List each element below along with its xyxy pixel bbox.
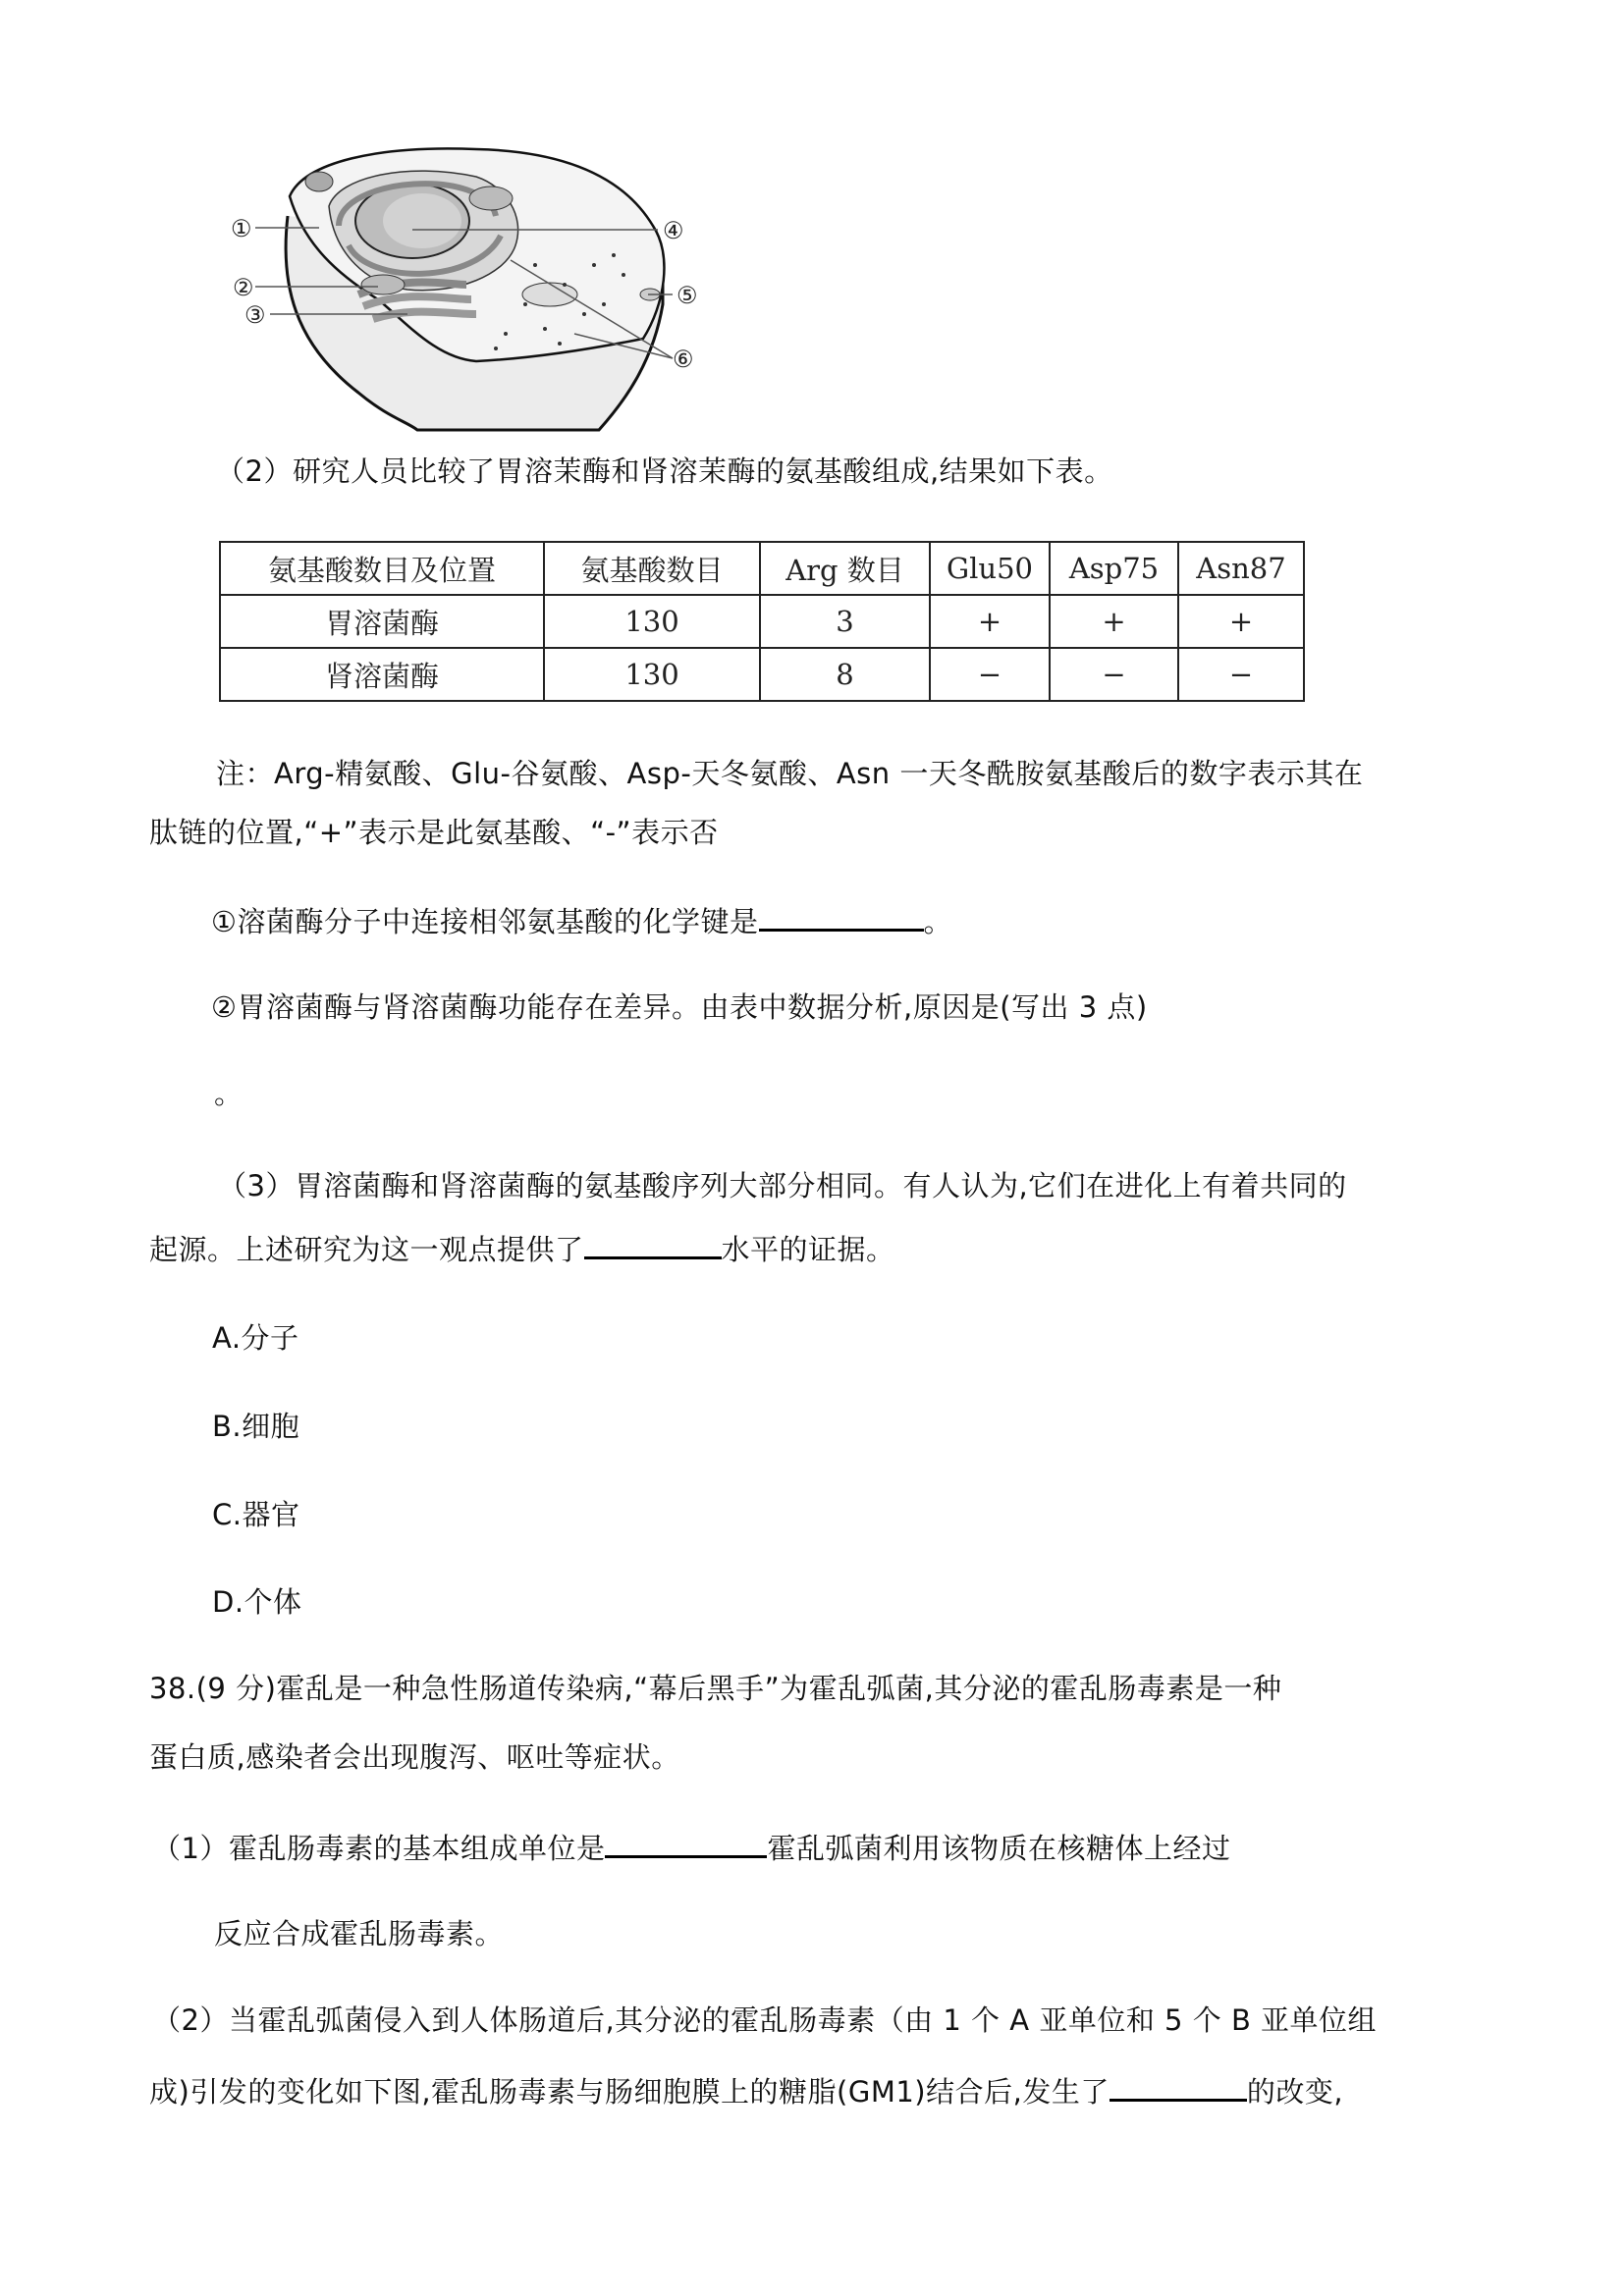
table-row: 肾溶菌酶 130 8 − − − <box>220 648 1304 701</box>
label-4: ④ <box>663 217 684 244</box>
label-1: ① <box>231 215 252 242</box>
table-header-row: 氨基酸数目及位置 氨基酸数目 Arg 数目 Glu50 Asp75 Asn87 <box>220 542 1304 595</box>
cell-illustration-icon: ① ② ③ ④ ⑤ ⑥ <box>211 137 741 432</box>
option-a[interactable]: A.分子 <box>212 1320 299 1356</box>
table-note-line1: 注：Arg-精氨酸、Glu-谷氨酸、Asp-天冬氨酸、Asn 一天冬酰胺氨基酸后… <box>216 756 1363 791</box>
question-38-2-line1: （2）当霍乱弧菌侵入到人体肠道后,其分泌的霍乱肠毒素（由 1 个 A 亚单位和 … <box>152 2002 1377 2038</box>
question-text: （1）霍乱肠毒素的基本组成单位是 <box>152 1832 605 1865</box>
table-header: 氨基酸数目及位置 <box>220 542 544 595</box>
table-cell: 胃溶菌酶 <box>220 595 544 648</box>
question-38-1: （1）霍乱肠毒素的基本组成单位是霍乱弧菌利用该物质在核糖体上经过 <box>152 1828 1230 1866</box>
label-5: ⑤ <box>677 282 698 309</box>
table-header: Asp75 <box>1050 542 1178 595</box>
option-d[interactable]: D.个体 <box>212 1584 302 1620</box>
table-header: Glu50 <box>930 542 1050 595</box>
animal-cell-diagram: ① ② ③ ④ ⑤ ⑥ <box>211 137 741 432</box>
label-6: ⑥ <box>673 346 694 373</box>
table-cell: + <box>1178 595 1304 648</box>
table-cell: − <box>930 648 1050 701</box>
question-38-line1: 38.(9 分)霍乱是一种急性肠道传染病,“幕后黑手”为霍乱弧菌,其分泌的霍乱肠… <box>149 1671 1281 1706</box>
question-38-line2: 蛋白质,感染者会出现腹泻、呕吐等症状。 <box>149 1739 680 1775</box>
question-text: 的改变, <box>1247 2075 1343 2109</box>
table-row: 胃溶菌酶 130 3 + + + <box>220 595 1304 648</box>
table-cell: 130 <box>544 648 760 701</box>
table-cell: 130 <box>544 595 760 648</box>
table-cell: 肾溶菌酶 <box>220 648 544 701</box>
question-text: ①溶菌酶分子中连接相邻氨基酸的化学键是 <box>211 905 759 938</box>
table-cell: − <box>1178 648 1304 701</box>
q2-intro: （2）研究人员比较了胃溶茉酶和肾溶茉酶的氨基酸组成,结果如下表。 <box>216 454 1113 489</box>
answer-blank[interactable] <box>1110 2071 1247 2102</box>
question-38-2-line2: 成)引发的变化如下图,霍乱肠毒素与肠细胞膜上的糖脂(GM1)结合后,发生了的改变… <box>149 2071 1343 2109</box>
question-3-line1: （3）胃溶菌酶和肾溶菌酶的氨基酸序列大部分相同。有人认为,它们在进化上有着共同的 <box>218 1168 1347 1203</box>
table-cell: − <box>1050 648 1178 701</box>
table-cell: + <box>1050 595 1178 648</box>
table-note-line2: 肽链的位置,“+”表示是此氨基酸、“-”表示否 <box>149 815 719 850</box>
option-b[interactable]: B.细胞 <box>212 1409 299 1444</box>
label-2: ② <box>233 274 254 301</box>
question-2-1: ①溶菌酶分子中连接相邻氨基酸的化学键是。 <box>211 901 952 939</box>
question-text: 起源。上述研究为这一观点提供了 <box>149 1233 584 1266</box>
table-cell: + <box>930 595 1050 648</box>
option-c[interactable]: C.器官 <box>212 1497 299 1532</box>
question-2-2-answer-end: 。 <box>214 1076 244 1111</box>
question-3-line2: 起源。上述研究为这一观点提供了水平的证据。 <box>149 1229 895 1267</box>
label-3: ③ <box>244 301 266 329</box>
table-header: 氨基酸数目 <box>544 542 760 595</box>
table-cell: 3 <box>760 595 930 648</box>
amino-acid-table: 氨基酸数目及位置 氨基酸数目 Arg 数目 Glu50 Asp75 Asn87 … <box>219 541 1305 702</box>
answer-blank[interactable] <box>584 1229 722 1259</box>
answer-blank[interactable] <box>605 1828 767 1858</box>
table-header: Asn87 <box>1178 542 1304 595</box>
question-end: 。 <box>924 905 953 938</box>
table-header: Arg 数目 <box>760 542 930 595</box>
question-38-1-line2: 反应合成霍乱肠毒素。 <box>214 1916 504 1951</box>
question-text: 霍乱弧菌利用该物质在核糖体上经过 <box>767 1832 1230 1865</box>
table-cell: 8 <box>760 648 930 701</box>
question-text: 成)引发的变化如下图,霍乱肠毒素与肠细胞膜上的糖脂(GM1)结合后,发生了 <box>149 2075 1110 2109</box>
question-2-2: ②胃溶菌酶与肾溶菌酶功能存在差异。由表中数据分析,原因是(写出 3 点) <box>211 989 1148 1025</box>
answer-blank[interactable] <box>759 901 924 932</box>
question-text: 水平的证据。 <box>722 1233 895 1266</box>
